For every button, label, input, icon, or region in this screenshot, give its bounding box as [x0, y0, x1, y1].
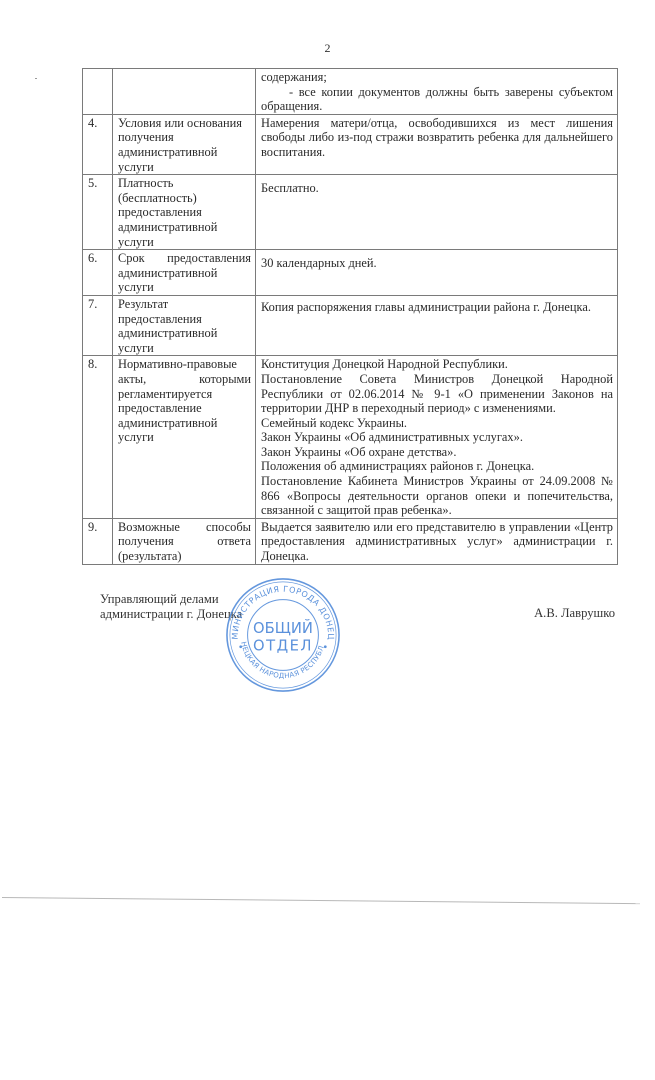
legal-act: Постановление Кабинета Министров Украины… — [261, 474, 613, 518]
page-number: 2 — [0, 41, 655, 56]
table-row: 4. Условия или основания получения админ… — [83, 114, 618, 174]
table-row: 6. Срок предоставления административной … — [83, 250, 618, 296]
legal-act: Постановление Совета Министров Донецкой … — [261, 372, 613, 416]
stamp-center-line2: ОТДЕЛ — [253, 638, 313, 655]
legal-act: Закон Украины «Об охране детства». — [261, 445, 613, 460]
stamp-center-line1: ОБЩИЙ — [253, 619, 313, 637]
row-value: Бесплатно. — [256, 175, 618, 250]
row-value: Копия распоряжения главы администрации р… — [256, 295, 618, 355]
legal-act: Закон Украины «Об административных услуг… — [261, 430, 613, 445]
row-name: Нормативно-правовые акты, которыми регла… — [113, 356, 256, 519]
row-name: Платность (бесплатность) предоставления … — [113, 175, 256, 250]
row-name: Результат предоставления административно… — [113, 295, 256, 355]
row-number: 6. — [83, 250, 113, 296]
scan-artifact — [35, 78, 37, 79]
row-value: Намерения матери/отца, освободившихся из… — [256, 114, 618, 174]
row-name: Условия или основания получения админист… — [113, 114, 256, 174]
signer-position: Управляющий делами администрации г. Доне… — [100, 592, 242, 622]
service-info-table: содержания; - все копии документов должн… — [82, 68, 618, 565]
row-number: 7. — [83, 295, 113, 355]
table-row: 7. Результат предоставления администрати… — [83, 295, 618, 355]
row-name — [113, 69, 256, 115]
row-value: Конституция Донецкой Народной Республики… — [256, 356, 618, 519]
table-row: содержания; - все копии документов должн… — [83, 69, 618, 115]
page-bottom-rule — [2, 897, 640, 904]
official-stamp-icon: АДМИНИСТРАЦИЯ ГОРОДА ДОНЕЦКА ДОНЕЦКАЯ НА… — [224, 576, 342, 694]
row-number — [83, 69, 113, 115]
row-value: содержания; - все копии документов должн… — [256, 69, 618, 115]
table-row: 5. Платность (бесплатность) предоставлен… — [83, 175, 618, 250]
signer-name: А.В. Лаврушко — [534, 606, 615, 621]
value-line: - все копии документов должны быть завер… — [261, 85, 613, 100]
signer-position-line: Управляющий делами — [100, 592, 242, 607]
row-name: Срок предоставления административной усл… — [113, 250, 256, 296]
row-number: 8. — [83, 356, 113, 519]
row-number: 5. — [83, 175, 113, 250]
row-name: Возможные способы получения ответа (резу… — [113, 518, 256, 564]
value-line: обращения. — [261, 99, 613, 114]
table-row: 8. Нормативно-правовые акты, которыми ре… — [83, 356, 618, 519]
value-line: содержания; — [261, 70, 613, 85]
row-value: Выдается заявителю или его представителю… — [256, 518, 618, 564]
legal-act: Положения об администрациях районов г. Д… — [261, 459, 613, 474]
signer-position-line: администрации г. Донецка — [100, 607, 242, 622]
row-number: 4. — [83, 114, 113, 174]
legal-act: Конституция Донецкой Народной Республики… — [261, 357, 613, 372]
table-row: 9. Возможные способы получения ответа (р… — [83, 518, 618, 564]
row-value: 30 календарных дней. — [256, 250, 618, 296]
legal-act: Семейный кодекс Украины. — [261, 416, 613, 431]
row-number: 9. — [83, 518, 113, 564]
